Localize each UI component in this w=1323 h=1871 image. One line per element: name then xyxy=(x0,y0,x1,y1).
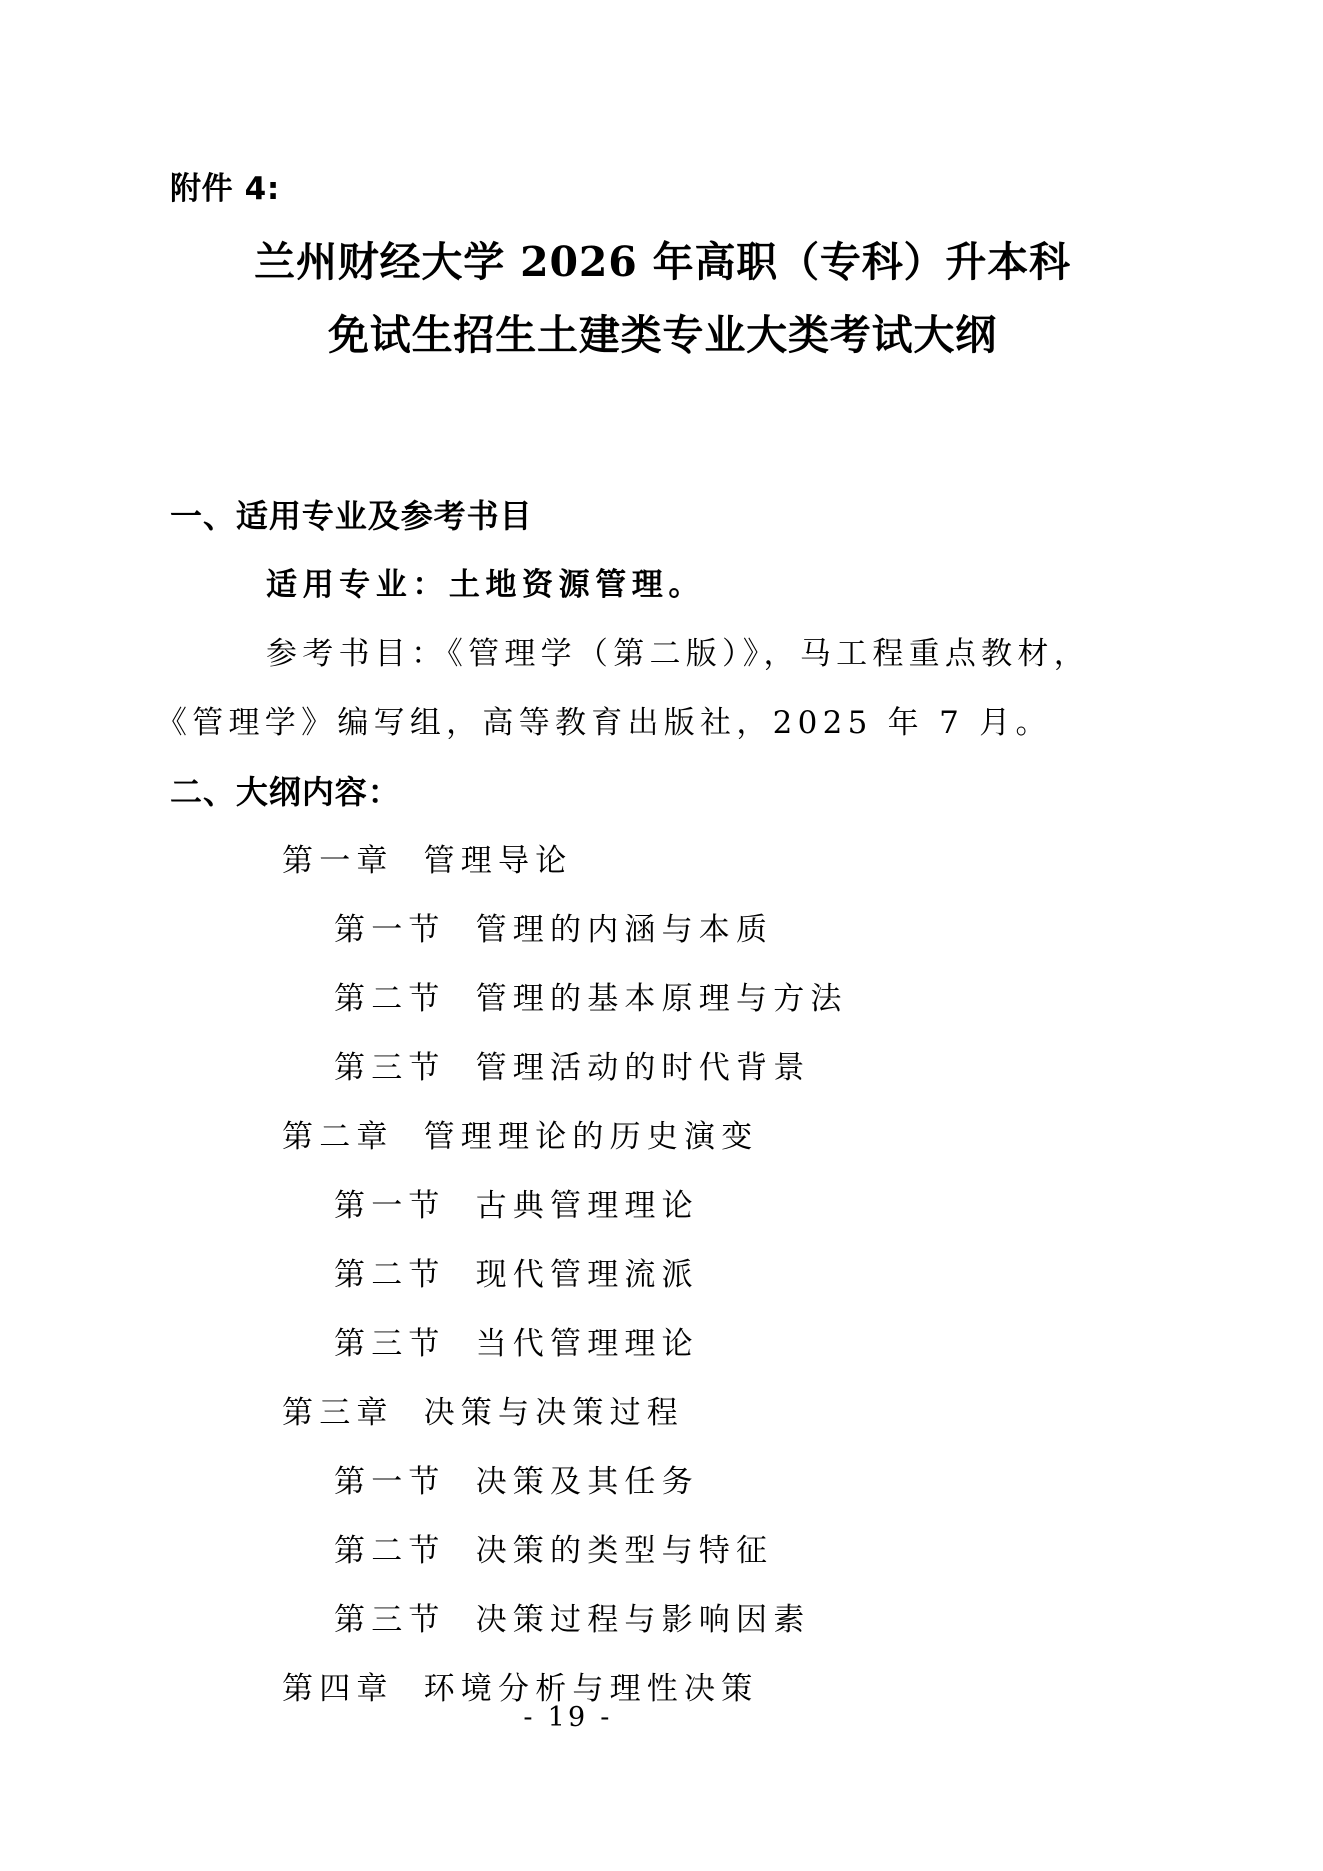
outline-chapter-2-title: 管理理论的历史演变 xyxy=(424,1119,759,1155)
outline-section-2-2-label: 第二节 xyxy=(334,1257,446,1293)
outline-chapter-3: 第三章决策与决策过程 xyxy=(170,1379,1155,1448)
outline-section-1-1-title: 管理的内涵与本质 xyxy=(476,912,774,948)
outline-section-1-2-title: 管理的基本原理与方法 xyxy=(476,981,848,1017)
outline-section-2-3: 第三节当代管理理论 xyxy=(170,1310,1155,1379)
applicable-major-line: 适用专业：土地资源管理。 xyxy=(170,551,1155,620)
outline-chapter-2: 第二章管理理论的历史演变 xyxy=(170,1103,1155,1172)
document-body: 一、适用专业及参考书目 适用专业：土地资源管理。 参考书目：《管理学（第二版）》… xyxy=(170,482,1155,1724)
outline-chapter-1-label: 第一章 xyxy=(282,843,394,879)
outline-section-3-2-label: 第二节 xyxy=(334,1533,446,1569)
page-number: - 19 - xyxy=(0,1702,1136,1733)
outline-section-1-2: 第二节管理的基本原理与方法 xyxy=(170,965,1155,1034)
document-page: 附件 4: 兰州财经大学 2026 年高职（专科）升本科 免试生招生土建类专业大… xyxy=(0,0,1323,1871)
section1-heading: 一、适用专业及参考书目 xyxy=(170,482,1155,551)
outline-section-3-3-label: 第三节 xyxy=(334,1602,446,1638)
outline-section-3-2: 第二节决策的类型与特征 xyxy=(170,1517,1155,1586)
outline-section-2-1-title: 古典管理理论 xyxy=(476,1188,699,1224)
attachment-label: 附件 4: xyxy=(170,168,1155,210)
outline-section-1-1: 第一节管理的内涵与本质 xyxy=(170,896,1155,965)
reference-books-line2: 《管理学》编写组，高等教育出版社，2025 年 7 月。 xyxy=(156,689,1155,758)
outline-section-3-1-label: 第一节 xyxy=(334,1464,446,1500)
outline-section-3-3: 第三节决策过程与影响因素 xyxy=(170,1586,1155,1655)
outline-section-1-1-label: 第一节 xyxy=(334,912,446,948)
document-content: 附件 4: 兰州财经大学 2026 年高职（专科）升本科 免试生招生土建类专业大… xyxy=(170,0,1155,1724)
outline-section-2-3-title: 当代管理理论 xyxy=(476,1326,699,1362)
outline-section-1-2-label: 第二节 xyxy=(334,981,446,1017)
outline-section-1-3: 第三节管理活动的时代背景 xyxy=(170,1034,1155,1103)
outline-chapter-3-label: 第三章 xyxy=(282,1395,394,1431)
outline-chapter-2-label: 第二章 xyxy=(282,1119,394,1155)
outline-section-2-2-title: 现代管理流派 xyxy=(476,1257,699,1293)
outline-chapter-3-title: 决策与决策过程 xyxy=(424,1395,684,1431)
outline-section-1-3-title: 管理活动的时代背景 xyxy=(476,1050,811,1086)
reference-books-line1: 参考书目：《管理学（第二版）》，马工程重点教材， xyxy=(170,620,1155,689)
outline-chapter-1-title: 管理导论 xyxy=(424,843,573,879)
outline-section-3-1-title: 决策及其任务 xyxy=(476,1464,699,1500)
outline-section-1-3-label: 第三节 xyxy=(334,1050,446,1086)
outline-section-3-3-title: 决策过程与影响因素 xyxy=(476,1602,811,1638)
outline-section-2-2: 第二节现代管理流派 xyxy=(170,1241,1155,1310)
outline-section-2-3-label: 第三节 xyxy=(334,1326,446,1362)
outline-chapter-1: 第一章管理导论 xyxy=(170,827,1155,896)
outline-section-2-1-label: 第一节 xyxy=(334,1188,446,1224)
section2-heading: 二、大纲内容： xyxy=(170,758,1155,827)
document-title-line1: 兰州财经大学 2026 年高职（专科）升本科 xyxy=(170,226,1155,299)
outline-section-3-2-title: 决策的类型与特征 xyxy=(476,1533,774,1569)
outline-section-3-1: 第一节决策及其任务 xyxy=(170,1448,1155,1517)
outline-section-2-1: 第一节古典管理理论 xyxy=(170,1172,1155,1241)
document-title-line2: 免试生招生土建类专业大类考试大纲 xyxy=(170,299,1155,372)
